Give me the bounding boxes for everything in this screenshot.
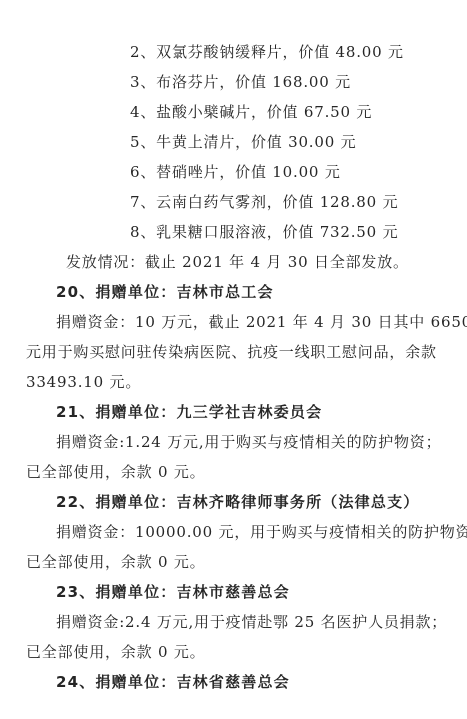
- supply-item-4: 4、盐酸小檗碱片，价值 67.50 元: [130, 97, 447, 127]
- donor-23-funds-line-1: 捐赠资金:2.4 万元,用于疫情赴鄂 25 名医护人员捐款；: [56, 607, 447, 637]
- donor-22-funds-line-1: 捐赠资金：10000.00 元，用于购买与疫情相关的防护物资；: [56, 517, 447, 547]
- donor-20-funds-line-2: 元用于购买慰问驻传染病医院、抗疫一线职工慰问品，余款: [26, 337, 447, 367]
- donor-23-heading: 23、捐赠单位：吉林市慈善总会: [56, 577, 447, 607]
- document-page: 2、双氯芬酸钠缓释片，价值 48.00 元 3、布洛芬片，价值 168.00 元…: [0, 0, 467, 719]
- supply-item-7: 7、云南白药气雾剂，价值 128.80 元: [130, 187, 447, 217]
- donor-23-funds-line-2: 已全部使用，余款 0 元。: [26, 637, 447, 667]
- supply-item-8: 8、乳果糖口服溶液，价值 732.50 元: [130, 217, 447, 247]
- donor-21-funds-line-2: 已全部使用，余款 0 元。: [26, 457, 447, 487]
- donor-22-funds-line-2: 已全部使用，余款 0 元。: [26, 547, 447, 577]
- donor-22-heading: 22、捐赠单位：吉林齐略律师事务所（法律总支）: [56, 487, 447, 517]
- donor-20-funds-line-1: 捐赠资金：10 万元，截止 2021 年 4 月 30 日其中 66506.90: [56, 307, 447, 337]
- donor-20-funds-line-3: 33493.10 元。: [26, 367, 447, 397]
- donor-24-heading: 24、捐赠单位：吉林省慈善总会: [56, 667, 447, 697]
- donor-21-heading: 21、捐赠单位：九三学社吉林委员会: [56, 397, 447, 427]
- supply-item-6: 6、替硝唑片，价值 10.00 元: [130, 157, 447, 187]
- supply-item-5: 5、牛黄上清片，价值 30.00 元: [130, 127, 447, 157]
- supply-item-3: 3、布洛芬片，价值 168.00 元: [130, 67, 447, 97]
- distribution-status: 发放情况：截止 2021 年 4 月 30 日全部发放。: [66, 247, 447, 277]
- donor-20-heading: 20、捐赠单位：吉林市总工会: [56, 277, 447, 307]
- donor-21-funds-line-1: 捐赠资金:1.24 万元,用于购买与疫情相关的防护物资；: [56, 427, 447, 457]
- supply-item-2: 2、双氯芬酸钠缓释片，价值 48.00 元: [130, 37, 447, 67]
